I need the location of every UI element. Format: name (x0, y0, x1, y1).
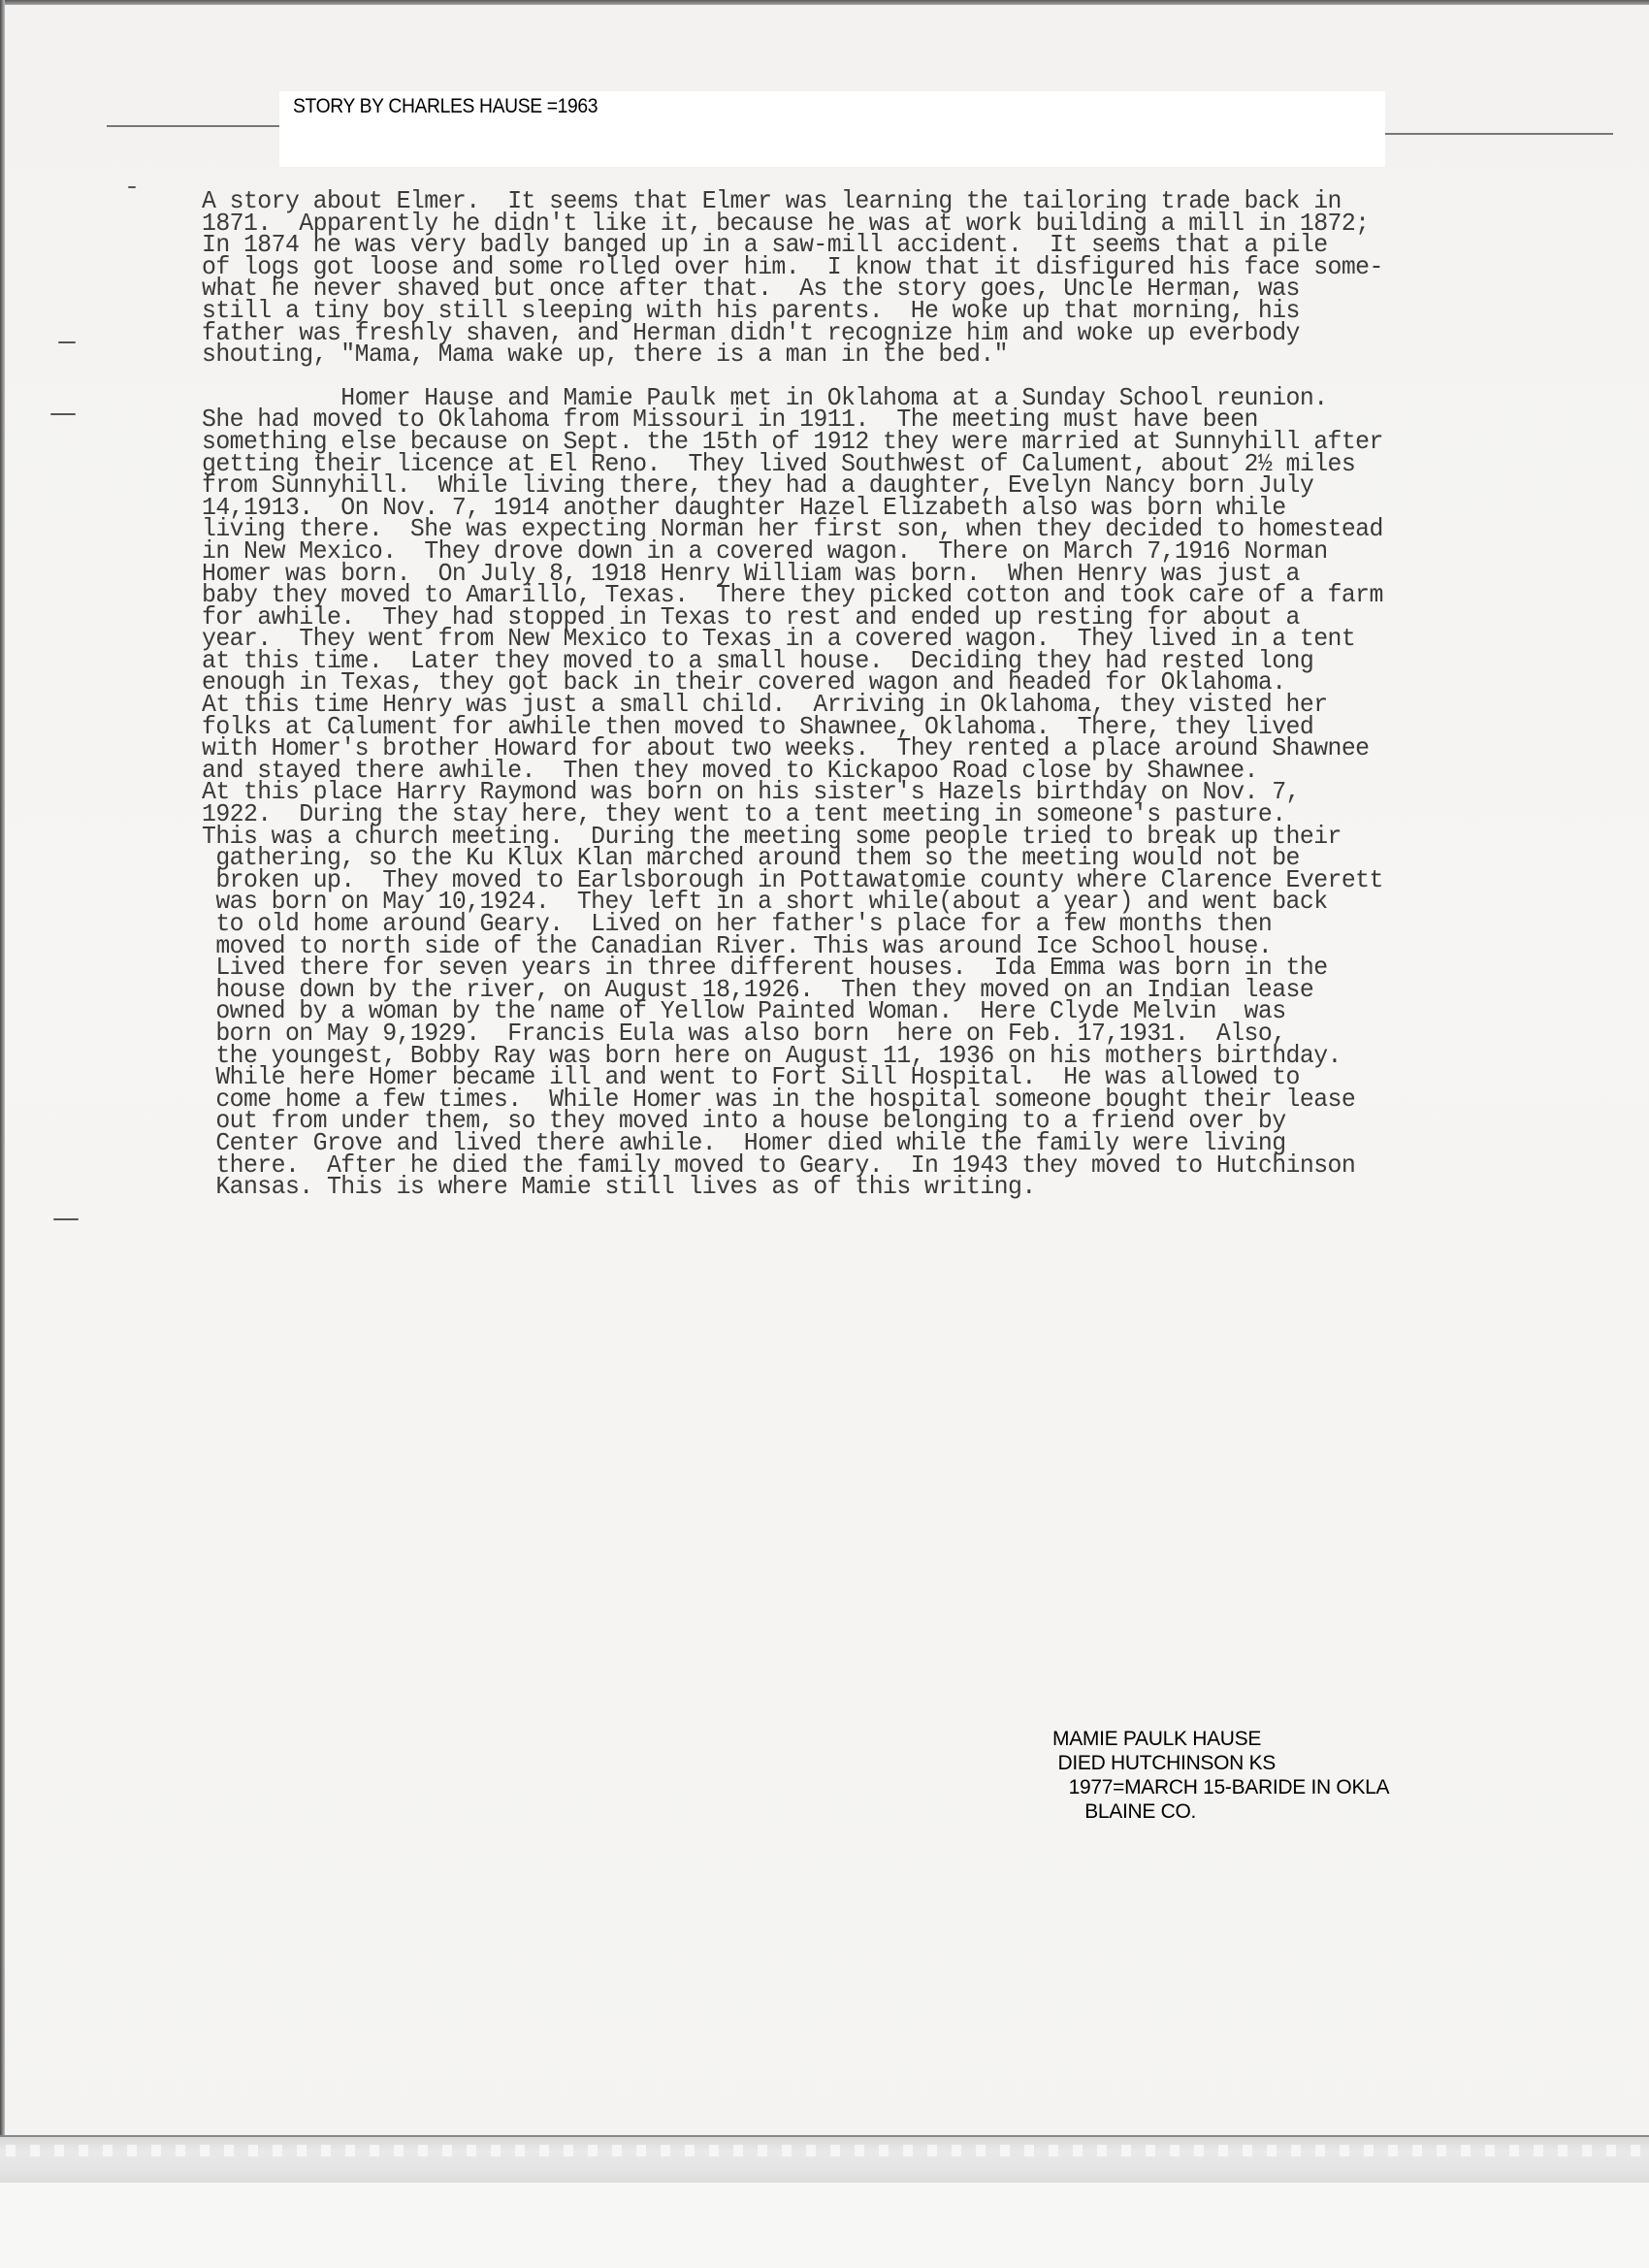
page-bottom (0, 2183, 1649, 2268)
story-paragraph: A story about Elmer. It seems that Elmer… (202, 190, 1383, 366)
margin-mark (50, 413, 76, 415)
annotation-line: BLAINE CO. (1052, 1799, 1389, 1824)
scan-top-edge (0, 0, 1649, 5)
header-rule-right (1385, 133, 1613, 135)
scanned-page: STORY BY CHARLES HAUSE =1963 A story abo… (0, 0, 1649, 2268)
margin-mark (53, 1218, 79, 1220)
annotation-line: MAMIE PAULK HAUSE (1052, 1727, 1389, 1751)
annotation-line: 1977=MARCH 15-BARIDE IN OKLA (1052, 1775, 1389, 1799)
margin-mark (58, 341, 76, 343)
story-paragraph: Homer Hause and Mamie Paulk met in Oklah… (202, 387, 1383, 1198)
scan-left-edge (0, 0, 5, 2268)
sleeve-perforation (6, 2145, 1649, 2156)
margin-mark (128, 186, 136, 188)
typed-story-body: A story about Elmer. It seems that Elmer… (202, 190, 1383, 1198)
handwritten-annotation: MAMIE PAULK HAUSE DIED HUTCHINSON KS 197… (1052, 1727, 1389, 1824)
binder-sleeve-strip (0, 2135, 1649, 2185)
document-title: STORY BY CHARLES HAUSE =1963 (293, 95, 598, 118)
annotation-line: DIED HUTCHINSON KS (1052, 1751, 1389, 1775)
header-rule-left (107, 125, 281, 127)
